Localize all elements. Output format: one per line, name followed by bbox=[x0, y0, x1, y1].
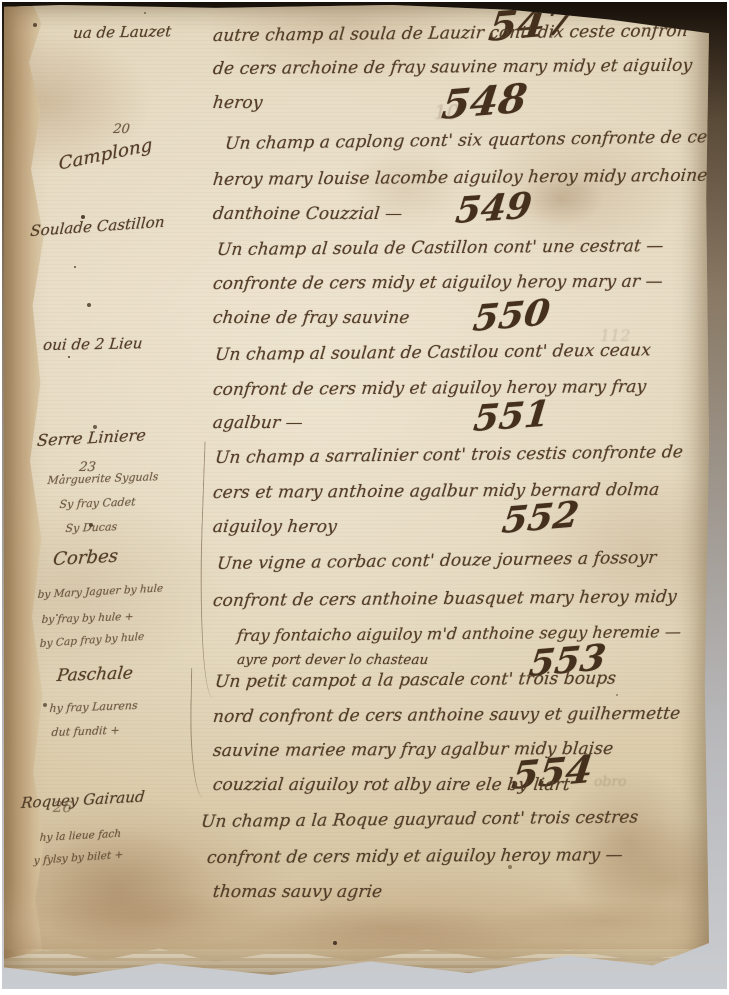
ink-bleed-artifact: 112 bbox=[600, 326, 631, 345]
manuscript-line: ayre port dever lo chasteau bbox=[236, 652, 429, 668]
entry-number-550: 550 bbox=[471, 291, 552, 339]
margin-label-serre-liniere: Serre Liniere bbox=[36, 425, 146, 450]
manuscript-line: cers et mary anthoine agalbur midy berna… bbox=[212, 480, 660, 503]
entry-number-551: 551 bbox=[472, 393, 552, 440]
manuscript-line: Une vigne a corbac cont' douze journees … bbox=[216, 548, 657, 574]
manuscript-page: 547 548 549 550 551 552 553 554 ua de La… bbox=[4, 4, 709, 977]
margin-note: by Cap fray by hule bbox=[40, 631, 145, 650]
margin-label-paschale: Paschale bbox=[56, 663, 134, 686]
manuscript-line: thomas sauvy agrie bbox=[212, 882, 383, 902]
manuscript-line: nord confront de cers anthoine sauvy et … bbox=[212, 704, 681, 727]
manuscript-line: Un champ a la Roque guayraud cont' trois… bbox=[200, 807, 639, 832]
margin-note: y fylsy by bilet + bbox=[34, 849, 124, 867]
manuscript-line: couzzial aiguiloy rot alby aire ele by l… bbox=[212, 775, 571, 795]
margin-note: Marguerite Syguals bbox=[47, 470, 159, 487]
manuscript-line: Un petit campot a la pascale cont' trois… bbox=[214, 669, 617, 692]
margin-label-corbes: Corbes bbox=[52, 546, 119, 570]
manuscript-line: agalbur — bbox=[212, 413, 304, 433]
manuscript-line: confront de cers midy et aiguiloy heroy … bbox=[212, 377, 647, 400]
margin-note: 20 bbox=[112, 122, 130, 137]
manuscript-line: danthoine Couzzial — bbox=[212, 204, 403, 224]
margin-label-soulade-castillon: Soulade Castillon bbox=[30, 213, 165, 240]
manuscript-line: confront de cers midy et aiguiloy heroy … bbox=[206, 845, 624, 868]
margin-note: by Mary Jaguer by hule bbox=[37, 582, 163, 601]
bottom-left-crease bbox=[24, 827, 214, 947]
margin-label-roquey-gairaud: Roquey Gairaud bbox=[20, 788, 145, 812]
manuscript-line: fray fontaicho aiguiloy m'd anthoine seg… bbox=[236, 622, 682, 645]
margin-note: 26 bbox=[52, 798, 73, 816]
ink-bleed-artifact: 10 bbox=[434, 100, 459, 124]
ink-bleed-artifact: obro bbox=[594, 774, 627, 790]
manuscript-line: aiguiloy heroy bbox=[212, 517, 338, 537]
manuscript-line: heroy bbox=[212, 93, 264, 113]
manuscript-line: autre champ al soula de Lauzir cont' dix… bbox=[212, 21, 689, 46]
margin-note: dut fundit + bbox=[51, 724, 120, 739]
margin-note: Sy Ducas bbox=[65, 520, 118, 535]
margin-note: hy la lieue fach bbox=[39, 828, 121, 844]
margin-divider-stroke bbox=[189, 668, 212, 798]
margin-label-lauzet: ua de Lauzet bbox=[72, 22, 172, 42]
manuscript-line: Un champ al soulant de Castilou cont' de… bbox=[214, 340, 652, 365]
manuscript-line: Un champ al soula de Castillon cont' une… bbox=[216, 236, 664, 260]
manuscript-line: heroy mary louise lacombe aiguiloy heroy… bbox=[212, 166, 708, 190]
manuscript-line: choine de fray sauvine bbox=[212, 308, 411, 328]
manuscript-line: Un champ a caplong cont' six quartons co… bbox=[224, 127, 725, 154]
manuscript-line: de cers archoine de fray sauvine mary mi… bbox=[212, 56, 693, 79]
margin-label-camplong: Camplong bbox=[58, 135, 153, 175]
manuscript-line: sauvine mariee mary fray agalbur midy bl… bbox=[212, 739, 614, 761]
margin-note: by fray by hule + bbox=[41, 611, 134, 626]
margin-note: hy fray Laurens bbox=[49, 699, 138, 715]
margin-note: Sy fray Cadet bbox=[59, 495, 136, 511]
manuscript-line: confront de cers anthoine buasquet mary … bbox=[212, 587, 678, 611]
manuscript-line: confronte de cers midy et aiguiloy heroy… bbox=[212, 272, 664, 294]
manuscript-line: Un champ a sarralinier cont' trois cesti… bbox=[214, 442, 684, 468]
margin-label-lieu: oui de 2 Lieu bbox=[42, 334, 143, 354]
entry-number-549: 549 bbox=[454, 185, 534, 232]
